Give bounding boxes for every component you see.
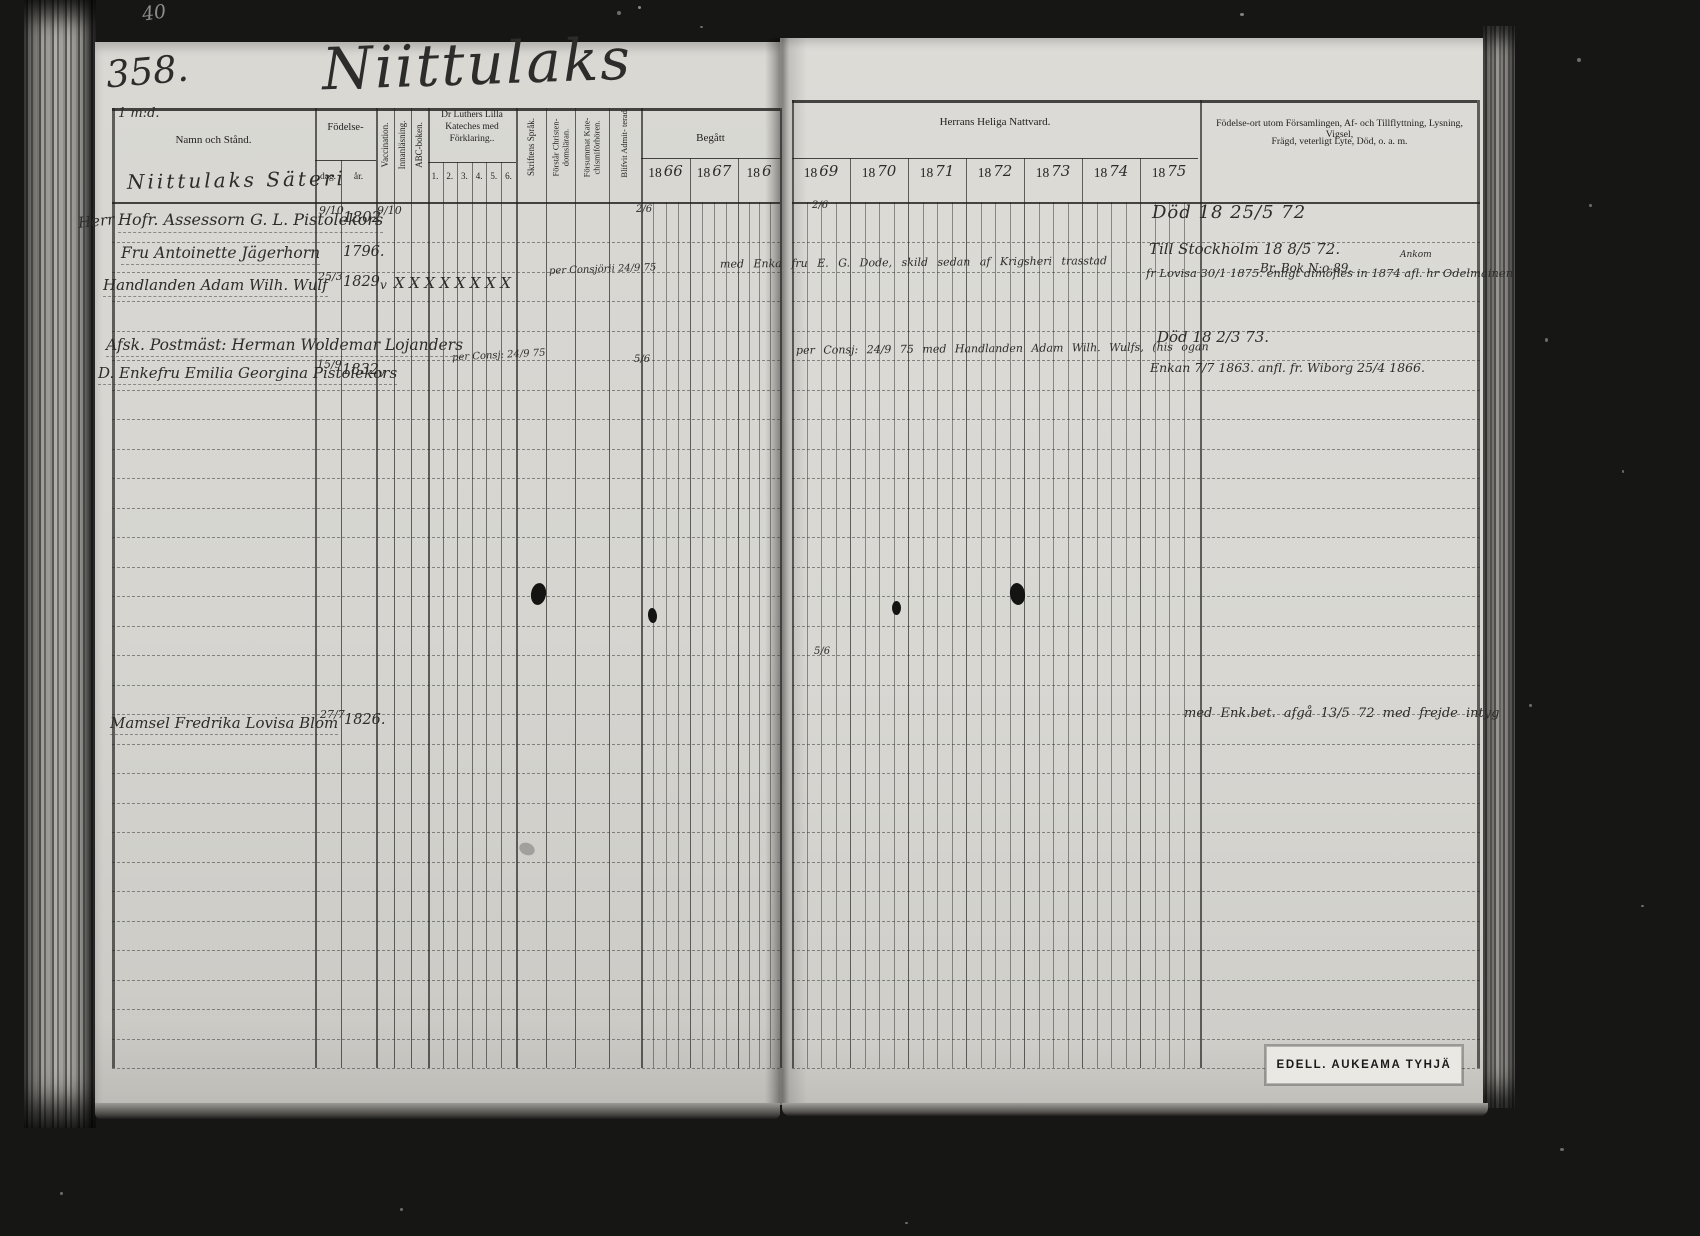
grid-line — [112, 301, 780, 302]
grid-line — [792, 202, 1480, 204]
grid-line — [112, 478, 780, 479]
grid-line — [394, 108, 395, 1068]
dust-speck — [617, 11, 621, 15]
grid-line — [1039, 202, 1040, 1068]
row3-birth-year: 1829 — [343, 274, 380, 290]
grid-line — [112, 242, 780, 243]
grid-line — [836, 202, 837, 1068]
archive-stamp-label: EDELL. AUKEAMA TYHJÄ — [1277, 1059, 1452, 1071]
dust-speck — [1641, 905, 1644, 907]
grid-line — [908, 158, 909, 1068]
grid-line — [792, 950, 1480, 951]
right-page — [780, 38, 1490, 1105]
grid-line — [894, 202, 895, 1068]
grid-line — [714, 202, 715, 1068]
grid-line — [486, 162, 487, 1068]
book-page-edges-left — [24, 0, 96, 1128]
grid-line — [995, 202, 996, 1068]
row2-note: Till Stockholm 18 8/5 72. — [1149, 240, 1340, 258]
grid-line — [112, 331, 780, 332]
row1-communion-mark: 2/6 — [812, 200, 828, 211]
grid-line — [112, 1039, 780, 1040]
catechism-col-number: 4. — [472, 171, 486, 181]
grid-line — [749, 202, 750, 1068]
grid-line — [1477, 100, 1480, 1068]
catechism-col-number: 5. — [487, 171, 501, 181]
grid-line — [792, 626, 1480, 627]
grid-line — [792, 390, 1480, 391]
grid-line — [112, 272, 780, 273]
catechism-col-number: 3. — [457, 171, 471, 181]
header-partaken: Begått — [641, 132, 780, 144]
margin-mark: 1 m:d. — [118, 106, 160, 121]
grid-line — [1155, 202, 1156, 1068]
year-label: 1873 — [1025, 163, 1081, 181]
grid-line — [443, 162, 444, 1068]
row4-name: Afsk. Postmäst: Herman Woldemar Lojander… — [106, 336, 463, 357]
grid-line — [792, 862, 1480, 863]
grid-line — [1082, 158, 1083, 1068]
grid-line — [609, 108, 610, 1068]
grid-line — [792, 655, 1480, 656]
grid-line — [112, 685, 780, 686]
catechism-col-number: 2. — [443, 171, 457, 181]
grid-line — [792, 685, 1480, 686]
dust-speck — [905, 1222, 908, 1224]
grid-line — [1111, 202, 1112, 1068]
grid-line — [112, 1068, 780, 1069]
row5-vaccination: v — [378, 366, 385, 380]
grid-line — [516, 108, 518, 1068]
grid-line — [112, 921, 780, 922]
grid-line — [112, 202, 780, 204]
dust-speck — [60, 1192, 63, 1195]
grid-line — [112, 360, 780, 361]
row1-admitted-mark: 2/6 — [636, 204, 652, 215]
page-number: 358. — [104, 46, 190, 96]
grid-line — [792, 980, 1480, 981]
grid-line — [112, 626, 780, 627]
dust-speck — [1589, 204, 1592, 207]
grid-line — [792, 508, 1480, 509]
row2-name: Fru Antoinette Jägerhorn — [121, 244, 320, 265]
ink-blot — [892, 601, 901, 615]
dust-speck — [700, 26, 703, 28]
row5-birth-day: 15/9 — [317, 358, 342, 371]
dust-speck — [638, 6, 641, 9]
scanned-church-record-spread: 40 358. Niittulaks 1 m:d. Namn och Stånd… — [0, 0, 1700, 1236]
grid-line — [792, 242, 1480, 243]
book-page-edges-right — [1483, 26, 1515, 1108]
grid-line — [792, 419, 1480, 420]
grid-line — [923, 202, 924, 1068]
grid-line — [792, 744, 1480, 745]
grid-line — [966, 158, 967, 1068]
dust-speck — [1240, 13, 1244, 16]
grid-line — [112, 508, 780, 509]
row3-name: Handlanden Adam Wilh. Wulf — [103, 276, 328, 297]
grid-line — [1097, 202, 1098, 1068]
catechism-col-number: 1. — [428, 171, 442, 181]
grid-line — [112, 1009, 780, 1010]
year-label: 1874 — [1083, 163, 1139, 181]
grid-line — [112, 803, 780, 804]
row3-x-marks: XXXXXXXX — [394, 274, 515, 292]
grid-line — [792, 478, 1480, 479]
grid-line — [546, 108, 547, 1068]
header-reading: Innanläsning. — [397, 105, 407, 185]
grid-line — [315, 160, 376, 161]
row6-name: Mamsel Fredrika Lovisa Blom — [110, 714, 338, 735]
grid-line — [112, 108, 115, 1068]
grid-line — [792, 773, 1480, 774]
grid-line — [112, 449, 780, 450]
grid-line — [112, 596, 780, 597]
header-vaccination: Vaccination. — [380, 105, 390, 185]
grid-line — [112, 832, 780, 833]
grid-line — [807, 202, 808, 1068]
grid-line — [952, 202, 953, 1068]
header-birth: Födelse- — [315, 122, 376, 133]
grid-line — [759, 202, 760, 1068]
grid-line — [792, 100, 794, 1068]
year-label: 1866 — [642, 163, 689, 181]
grid-line — [850, 158, 851, 1068]
grid-line — [1140, 158, 1141, 1068]
catechism-number-row: 1.2.3.4.5.6. — [428, 171, 516, 191]
grid-line — [792, 158, 1198, 159]
archive-stamp: EDELL. AUKEAMA TYHJÄ — [1266, 1046, 1462, 1084]
left-page-bottom-edge — [95, 1103, 780, 1119]
row5-admitted-mark: 5/6 — [634, 354, 650, 365]
row5-note: Enkan 7/7 1863. anfl. fr. Wiborg 25/4 18… — [1150, 360, 1490, 375]
grid-line — [1126, 202, 1127, 1068]
row3-note-small: Ankom — [1400, 250, 1432, 260]
header-notes-line2: Frägd, veterligt Lyte, Död, o. a. m. — [1202, 136, 1477, 147]
grid-line — [678, 202, 679, 1068]
grid-line — [792, 921, 1480, 922]
header-name: Namn och Stånd. — [112, 134, 315, 146]
grid-line — [792, 1039, 1480, 1040]
row6-communion-mark: 5/6 — [814, 646, 830, 657]
grid-line — [112, 390, 780, 391]
grid-line — [702, 202, 703, 1068]
grid-line — [792, 596, 1480, 597]
grid-line — [112, 980, 780, 981]
row1-birth-day: 9/10 — [319, 204, 344, 217]
row3-birth-day: 25/3 — [318, 270, 343, 283]
row1-margin: Herr — [77, 210, 115, 232]
grid-line — [641, 108, 643, 1068]
grid-line — [653, 202, 654, 1068]
header-understands-christianity: Förstår Christen- domsläran. — [551, 105, 570, 191]
grid-line — [666, 202, 667, 1068]
grid-line — [428, 108, 430, 1068]
grid-line — [792, 301, 1480, 302]
row1-birth-year: 1802 — [343, 208, 381, 226]
dust-speck — [400, 1208, 403, 1211]
grid-line — [1010, 202, 1011, 1068]
year-label: 1872 — [967, 163, 1023, 181]
grid-line — [112, 567, 780, 568]
grid-line — [112, 419, 780, 420]
grid-line — [865, 202, 866, 1068]
grid-line — [792, 537, 1480, 538]
grid-line — [457, 162, 458, 1068]
year-label: 186 — [739, 163, 779, 181]
dust-speck — [1560, 1148, 1564, 1151]
grid-line — [112, 891, 780, 892]
header-missed-catechism: Försummat Kate- chismiförhören. — [582, 105, 601, 191]
grid-line — [726, 202, 727, 1068]
grid-line — [770, 202, 771, 1068]
grid-line — [501, 162, 502, 1068]
grid-line — [1024, 158, 1025, 1068]
grid-line — [981, 202, 982, 1068]
header-scripture-language: Skriftens Språk. — [526, 102, 536, 192]
header-birth-year: år. — [341, 172, 376, 182]
corner-pencil-note: 40 — [141, 0, 168, 25]
catechism-col-number: 6. — [502, 171, 516, 181]
dust-speck — [1545, 338, 1548, 342]
row6-note: med Enk.bet. afgå 13/5 72 med frejde int… — [1184, 706, 1524, 721]
row6-birth-day: 27/7 — [320, 708, 345, 721]
grid-line — [112, 655, 780, 656]
grid-line — [792, 567, 1480, 568]
grid-line — [780, 108, 782, 1068]
grid-line — [792, 331, 1480, 332]
year-label: 1871 — [909, 163, 965, 181]
grid-line — [792, 891, 1480, 892]
row1-note: Död 18 25/5 72 — [1152, 202, 1306, 223]
header-communion: Herrans Heliga Nattvard. — [792, 116, 1198, 128]
grid-line — [792, 1009, 1480, 1010]
grid-line — [341, 160, 342, 1068]
header-admitted: Blifvit Admit- terad. — [620, 101, 630, 185]
grid-line — [575, 108, 576, 1068]
dust-speck — [1622, 470, 1624, 473]
grid-line — [641, 158, 780, 159]
grid-line — [792, 832, 1480, 833]
row6-birth-year: 1826. — [344, 712, 386, 728]
row2-birth-year: 1796. — [343, 244, 385, 260]
grid-line — [112, 773, 780, 774]
row1-vaccination-mark: 9/10 — [377, 204, 402, 217]
grid-line — [792, 100, 1477, 103]
grid-line — [411, 108, 412, 1068]
grid-line — [738, 158, 739, 1068]
year-label: 1867 — [691, 163, 737, 181]
grid-line — [1053, 202, 1054, 1068]
right-page-bottom-edge — [782, 1103, 1488, 1116]
grid-line — [1068, 202, 1069, 1068]
grid-line — [690, 158, 691, 1068]
dust-speck — [1529, 704, 1532, 707]
header-abc-book: ABC-boken. — [414, 105, 424, 185]
book-gutter-shadow — [765, 38, 807, 1105]
year-label: 1875 — [1141, 163, 1197, 181]
grid-line — [937, 202, 938, 1068]
dust-speck — [1577, 58, 1581, 62]
grid-line — [112, 744, 780, 745]
grid-line — [792, 803, 1480, 804]
grid-line — [112, 537, 780, 538]
row5-birth-year: 1832 — [342, 362, 379, 378]
year-label: 1869 — [793, 163, 849, 181]
grid-line — [112, 950, 780, 951]
grid-line — [112, 862, 780, 863]
row3-vaccination: v — [380, 278, 387, 292]
grid-line — [472, 162, 473, 1068]
estate-heading: Niittulaks Säteri — [127, 166, 346, 194]
year-label: 1870 — [851, 163, 907, 181]
grid-line — [879, 202, 880, 1068]
page-title: Niittulaks — [321, 25, 633, 104]
grid-line — [821, 202, 822, 1068]
header-catechism: Dr Luthers Lilla Kateches med Förklaring… — [428, 110, 516, 146]
grid-line — [792, 449, 1480, 450]
row3-note: fr Lovisa 30/1 1875. enligt dimöfles in … — [1146, 266, 1482, 280]
